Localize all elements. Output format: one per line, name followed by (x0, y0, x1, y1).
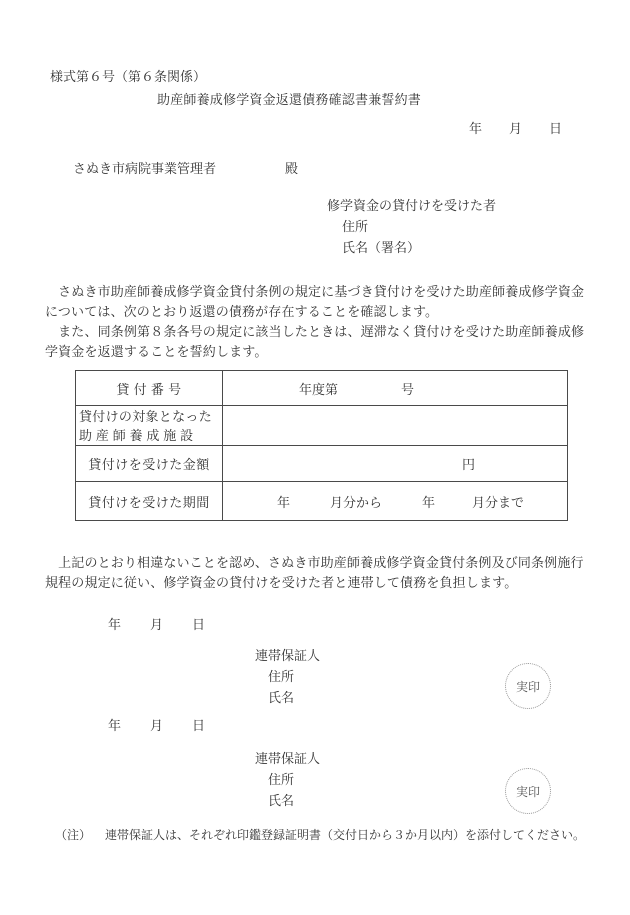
year-label: 年 (469, 118, 482, 137)
training-facility-label: 貸付けの対象となった 助 産 師 養 成 施 設 (76, 406, 223, 446)
guarantor-1-address-label: 住所 (268, 666, 294, 685)
seal-label: 実印 (516, 783, 540, 800)
loan-number-value: 年度第号 (223, 371, 568, 406)
recipient-name: さぬき市病院事業管理者 (73, 161, 216, 176)
paragraph-line: 学資金を返還することを誓約します。 (45, 342, 584, 362)
month-label: 月 (150, 614, 163, 633)
guarantee-paragraph: 上記のとおり相違ないことを認め、さぬき市助産師養成修学資金貸付条例及び同条例施行… (45, 553, 584, 593)
day-label: 日 (549, 118, 562, 137)
guarantor-1-name-label: 氏名 (268, 687, 294, 706)
paragraph-line: 規程の規定に従い、修学資金の貸付けを受けた者と連帯して債務を負担します。 (45, 573, 584, 593)
fiscal-year-prefix-label: 年度第 (299, 379, 338, 398)
month-label: 月 (150, 715, 163, 734)
confirmation-paragraph: さぬき市助産師養成修学資金貸付条例の規定に基づき貸付けを受けた助産師養成修学資金… (45, 282, 584, 362)
borrower-name-label: 氏名（署名） (342, 237, 420, 256)
yen-label: 円 (462, 454, 475, 473)
year-label: 年 (108, 715, 121, 734)
footnote-marker: （注） (55, 828, 91, 842)
loan-number-label: 貸 付 番 号 (76, 371, 223, 406)
document-page: 様式第６号（第６条関係） 助産師養成修学資金返還債務確認書兼誓約書 年 月 日 … (0, 0, 630, 915)
loan-details-table: 貸 付 番 号 年度第号 貸付けの対象となった 助 産 師 養 成 施 設 貸付… (75, 370, 568, 521)
date-line-guarantor-2: 年 月 日 (108, 715, 205, 734)
registered-seal-placeholder-1: 実印 (505, 663, 551, 709)
paragraph-line: については、次のとおり返還の債務が存在することを確認します。 (45, 302, 584, 322)
guarantor-1-heading: 連帯保証人 (255, 645, 320, 664)
recipient-honorific: 殿 (285, 161, 298, 176)
table-row-loan-number: 貸 付 番 号 年度第号 (76, 371, 568, 406)
year-label: 年 (108, 614, 121, 633)
period-to-month-label: 月分まで (472, 492, 524, 511)
table-row-loan-period: 貸付けを受けた期間 年月分から年月分まで (76, 482, 568, 521)
period-from-year-label: 年 (277, 492, 290, 511)
date-line-guarantor-1: 年 月 日 (108, 614, 205, 633)
table-row-loan-amount: 貸付けを受けた金額 円 (76, 446, 568, 482)
training-facility-value (223, 406, 568, 446)
form-number: 様式第６号（第６条関係） (50, 66, 206, 85)
seal-label: 実印 (516, 678, 540, 695)
loan-period-value: 年月分から年月分まで (223, 482, 568, 521)
guarantor-2-heading: 連帯保証人 (255, 748, 320, 767)
footnote-text: 連帯保証人は、それぞれ印鑑登録証明書（交付日から３か月以内）を添付してください。 (105, 828, 585, 842)
loan-period-label: 貸付けを受けた期間 (76, 482, 223, 521)
registered-seal-placeholder-2: 実印 (505, 768, 551, 814)
paragraph-line: さぬき市助産師養成修学資金貸付条例の規定に基づき貸付けを受けた助産師養成修学資金 (45, 282, 584, 302)
footnote: （注）連帯保証人は、それぞれ印鑑登録証明書（交付日から３か月以内）を添付してくだ… (55, 826, 585, 843)
paragraph-line: また、同条例第８条各号の規定に該当したときは、遅滞なく貸付けを受けた助産師養成修 (45, 322, 584, 342)
paragraph-line: 上記のとおり相違ないことを認め、さぬき市助産師養成修学資金貸付条例及び同条例施行 (45, 553, 584, 573)
date-line-top: 年 月 日 (469, 118, 562, 137)
loan-amount-label: 貸付けを受けた金額 (76, 446, 223, 482)
guarantor-2-address-label: 住所 (268, 769, 294, 788)
borrower-section-heading: 修学資金の貸付けを受けた者 (327, 195, 496, 214)
day-label: 日 (192, 614, 205, 633)
month-label: 月 (509, 118, 522, 137)
guarantor-2-name-label: 氏名 (268, 790, 294, 809)
number-suffix-label: 号 (401, 379, 414, 398)
borrower-address-label: 住所 (342, 216, 368, 235)
period-from-month-label: 月分から (330, 492, 382, 511)
recipient-line: さぬき市病院事業管理者殿 (73, 158, 298, 177)
day-label: 日 (192, 715, 205, 734)
period-to-year-label: 年 (422, 492, 435, 511)
table-row-training-facility: 貸付けの対象となった 助 産 師 養 成 施 設 (76, 406, 568, 446)
document-title: 助産師養成修学資金返還債務確認書兼誓約書 (157, 89, 421, 108)
loan-amount-value: 円 (223, 446, 568, 482)
